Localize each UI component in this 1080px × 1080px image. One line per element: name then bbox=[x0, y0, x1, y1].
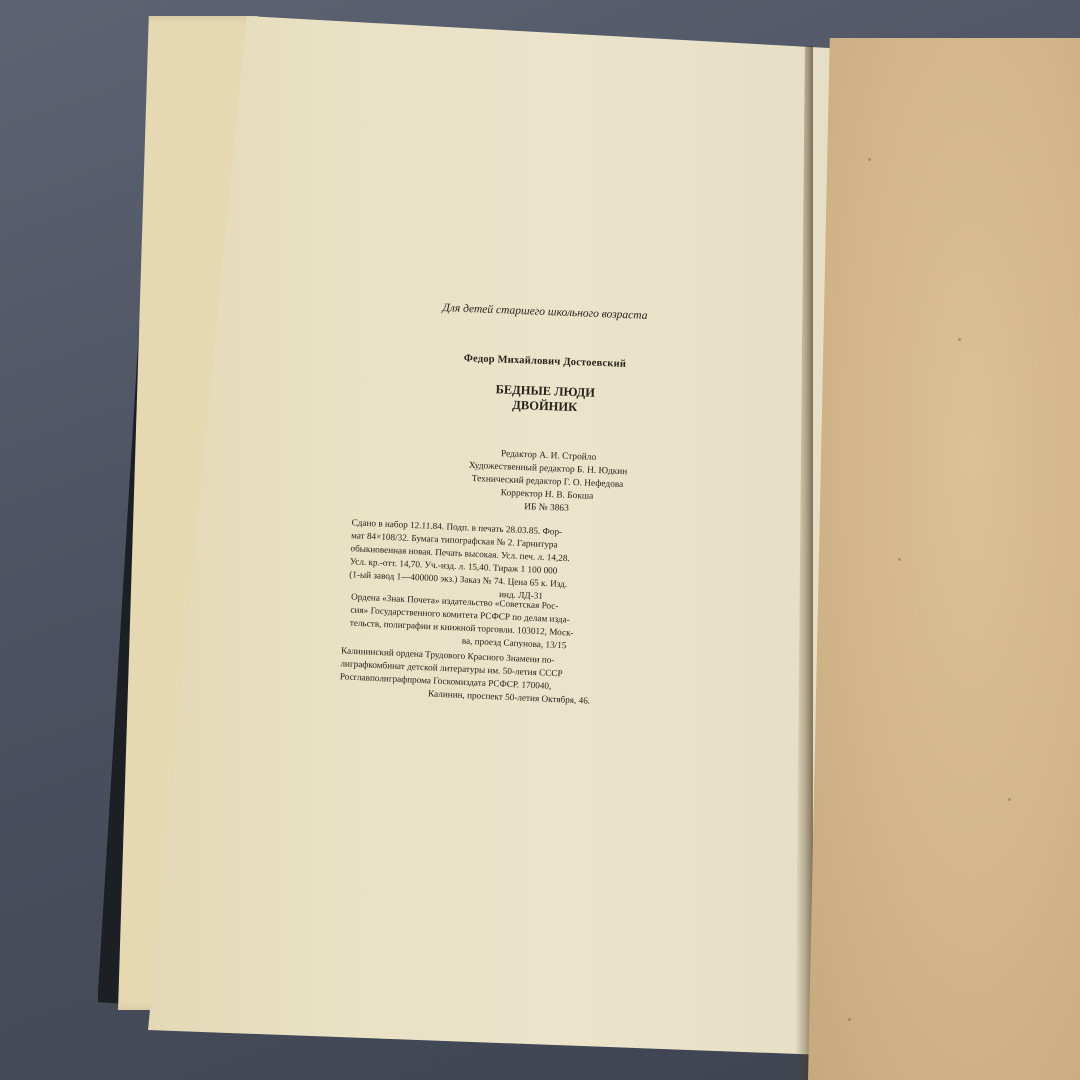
book-photo: Для детей старшего школьного возраста Фе… bbox=[0, 0, 1080, 1080]
right-page-endpaper bbox=[808, 38, 1080, 1080]
credits-block: Редактор А. И. Стройло Художественный ре… bbox=[414, 445, 681, 521]
book-title: БЕДНЫЕ ЛЮДИ ДВОЙНИК bbox=[460, 381, 631, 417]
